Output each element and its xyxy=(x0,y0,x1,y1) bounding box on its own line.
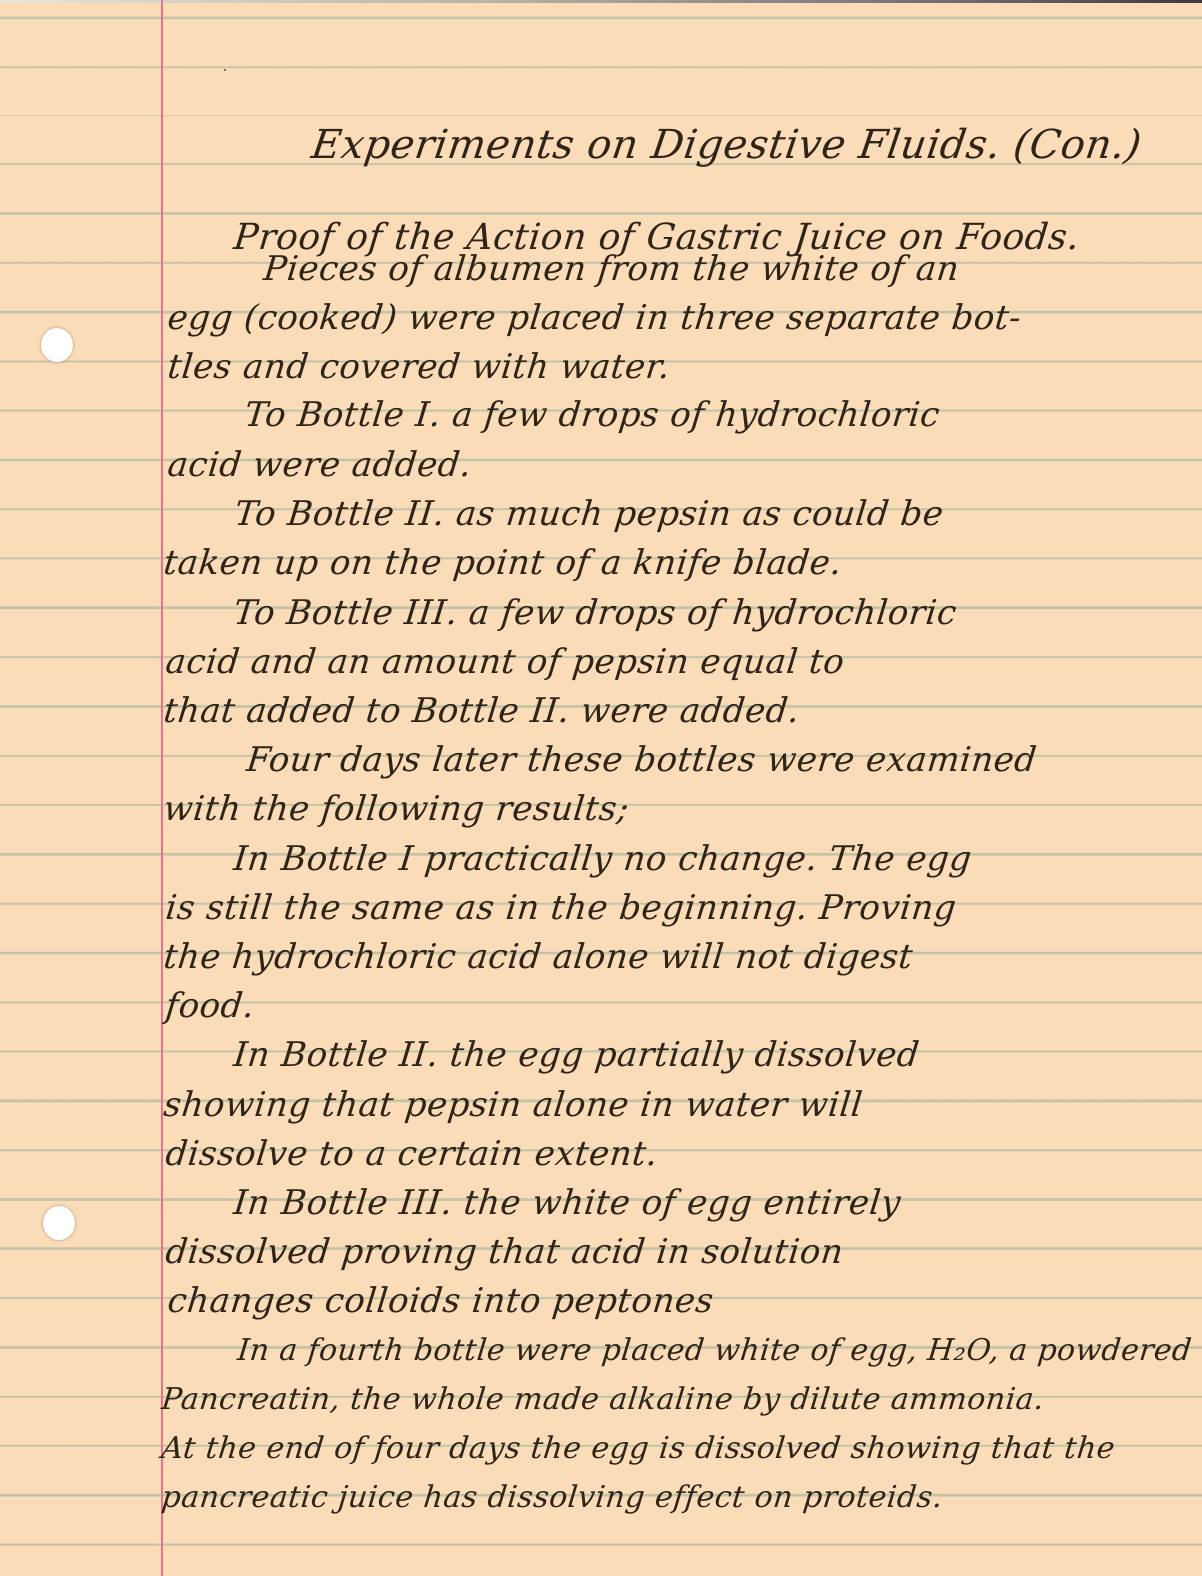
text-line: with the following results; xyxy=(162,792,631,826)
text-line: Four days later these bottles were exami… xyxy=(245,743,1038,777)
text-line: In Bottle I practically no change. The e… xyxy=(232,842,973,876)
text-line: tles and covered with water. xyxy=(166,350,672,384)
text-line: pancreatic juice has dissolving effect o… xyxy=(160,1483,944,1513)
text-line: the hydrochloric acid alone will not dig… xyxy=(162,940,915,974)
text-line: At the end of four days the egg is disso… xyxy=(160,1434,1117,1464)
margin-line xyxy=(161,0,163,1576)
text-line: is still the same as in the beginning. P… xyxy=(164,891,958,925)
page-top-edge xyxy=(0,0,1202,3)
text-line: acid were added. xyxy=(166,448,473,482)
punch-hole-top xyxy=(41,328,73,362)
ink-speck xyxy=(224,69,226,71)
text-line: showing that pepsin alone in water will xyxy=(162,1088,864,1122)
text-line: acid and an amount of pepsin equal to xyxy=(164,645,846,679)
text-line: food. xyxy=(164,989,256,1023)
text-line: Pancreatin, the whole made alkaline by d… xyxy=(160,1385,1046,1415)
notebook-page: Experiments on Digestive Fluids. (Con.) … xyxy=(0,0,1202,1576)
text-line: that added to Bottle II. were added. xyxy=(162,694,801,728)
text-line: egg (cooked) were placed in three separa… xyxy=(166,301,1023,335)
text-line: dissolve to a certain extent. xyxy=(164,1137,659,1171)
text-line: changes colloids into peptones xyxy=(166,1284,715,1318)
text-line: To Bottle III. a few drops of hydrochlor… xyxy=(232,596,958,630)
text-line: dissolved proving that acid in solution xyxy=(164,1235,845,1269)
text-line: In Bottle II. the egg partially dissolve… xyxy=(232,1038,921,1072)
text-line: In a fourth bottle were placed white of … xyxy=(236,1336,1193,1366)
text-line: In Bottle III. the white of egg entirely xyxy=(232,1186,902,1220)
text-line: Pieces of albumen from the white of an xyxy=(262,252,961,286)
page-title: Experiments on Digestive Fluids. (Con.) xyxy=(309,125,1144,165)
punch-hole-bottom xyxy=(43,1206,75,1240)
text-line: To Bottle II. as much pepsin as could be xyxy=(233,497,945,531)
text-line: To Bottle I. a few drops of hydrochloric xyxy=(243,398,942,432)
text-line: taken up on the point of a knife blade. xyxy=(162,546,843,580)
